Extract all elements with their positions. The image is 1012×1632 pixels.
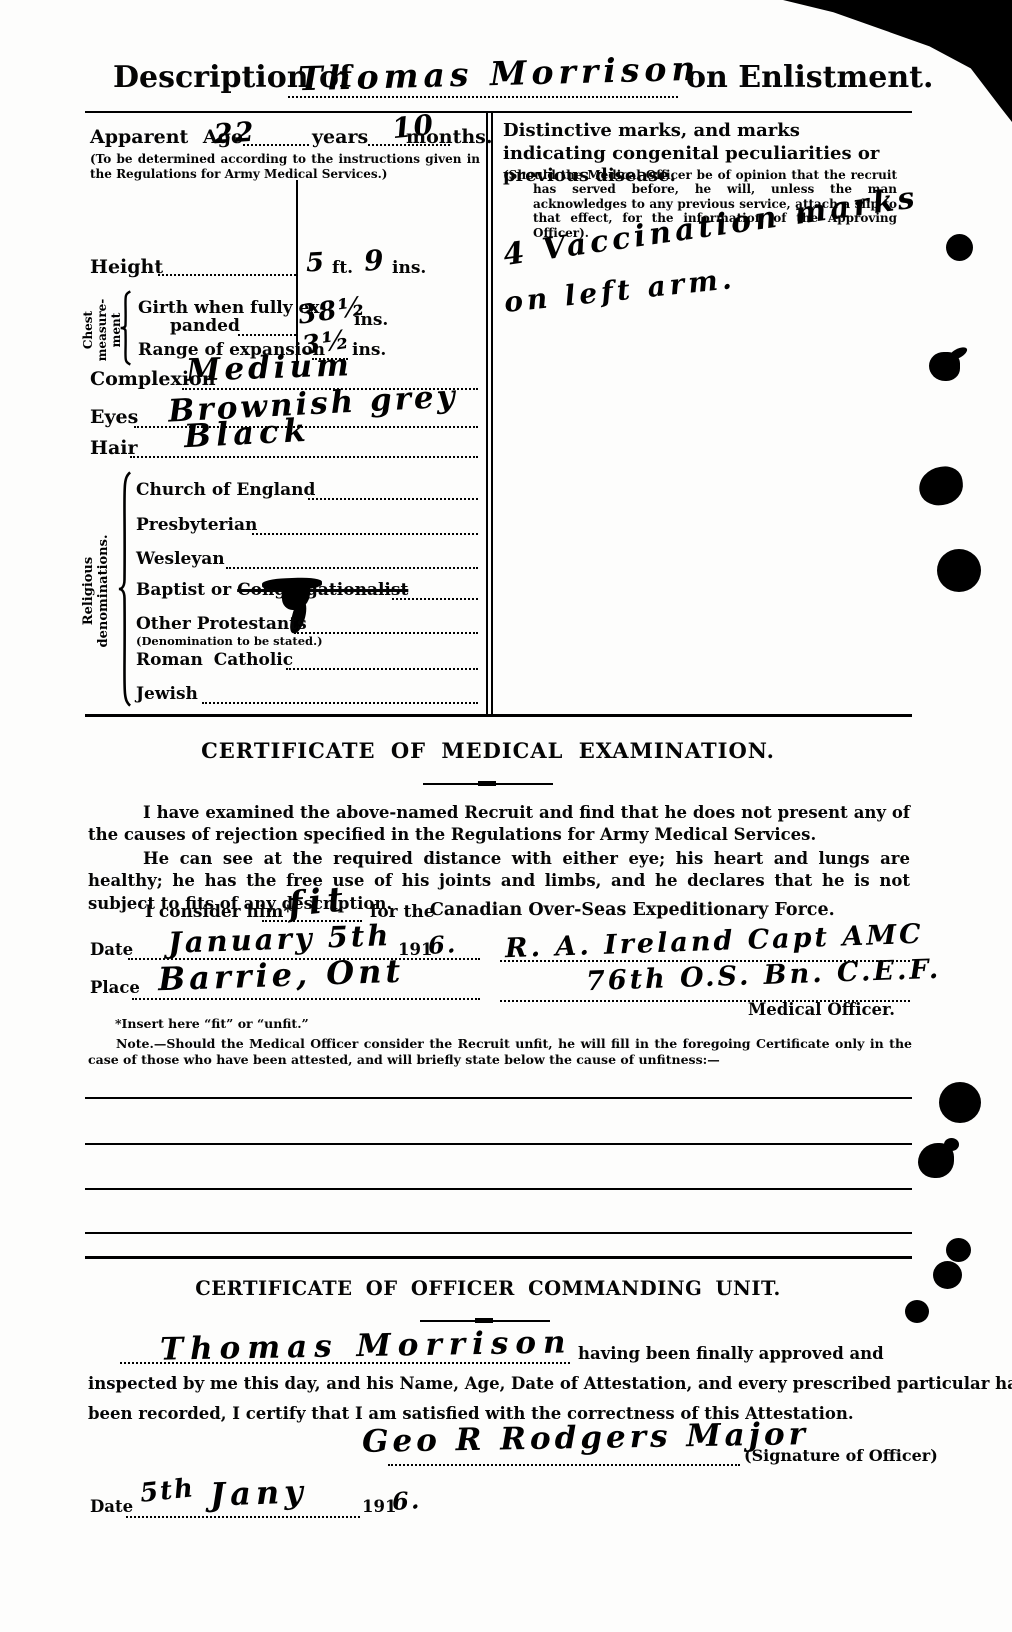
ink-blot [939, 1082, 981, 1123]
medical-year-written: 6. [427, 929, 458, 960]
consider-force: Canadian Over-Seas Expeditionary Force. [430, 900, 835, 920]
girth-label-line2: panded [170, 316, 240, 336]
dotted-line [392, 582, 478, 600]
section-rule [85, 1256, 912, 1259]
ink-blot [917, 464, 966, 508]
value-column-line [296, 180, 298, 362]
girth-units: ins. [354, 310, 388, 330]
medical-officer-label: Medical Officer. [748, 1000, 895, 1019]
column-divider-line [491, 112, 493, 716]
commanding-line1-suffix: having been finally approved and [578, 1344, 884, 1363]
height-label: Height [90, 256, 163, 278]
blank-line [85, 1097, 912, 1099]
months-label: months. [406, 126, 493, 148]
commanding-year-written: 6. [391, 1485, 422, 1516]
commanding-cert-title: CERTIFICATE OF OFFICER COMMANDING UNIT. [85, 1277, 891, 1300]
dotted-line [238, 318, 296, 336]
religion-presbyterian: Presbyterian [136, 515, 257, 535]
insert-fit-note: *Insert here “fit” or “unfit.” [115, 1016, 309, 1031]
dotted-line [294, 616, 478, 634]
religion-baptist-prefix: Baptist or [136, 580, 237, 600]
blank-line [85, 1143, 912, 1145]
religion-side-label: Religious denominations. [82, 528, 120, 654]
height-inches-value: 9 [363, 243, 387, 277]
top-rule [85, 111, 912, 113]
ink-blot [946, 234, 973, 261]
title-divider-center [475, 1318, 493, 1323]
dotted-line [286, 652, 478, 670]
medical-date-label: Date [90, 940, 133, 959]
dotted-line [226, 551, 478, 569]
medical-note: Note.—Should the Medical Officer conside… [88, 1036, 912, 1069]
commanding-date-day: 5th [139, 1473, 197, 1509]
dotted-line [308, 482, 478, 500]
medical-para1: I have examined the above-named Recruit … [88, 802, 910, 847]
religion-jewish: Jewish [136, 684, 198, 704]
religion-roman-catholic: Roman Catholic [136, 650, 293, 670]
blank-line [85, 1232, 912, 1234]
range-units: ins. [352, 340, 386, 360]
height-ins-label: ins. [392, 258, 426, 278]
dotted-line [202, 686, 478, 704]
hair-value: Black [183, 411, 311, 456]
commanding-date-month: Jany [209, 1472, 308, 1513]
dotted-line [252, 517, 478, 535]
marks-handwritten-line2: on left arm. [503, 262, 737, 319]
years-label: years [312, 126, 368, 148]
ink-blot [905, 1300, 929, 1323]
ink-blot [937, 549, 981, 592]
chest-brace [119, 290, 132, 366]
apparent-age-note: (To be determined according to the instr… [90, 152, 480, 182]
page-title-suffix: on Enlistment. [686, 60, 933, 95]
ink-blot [933, 1261, 962, 1289]
height-ft-label: ft. [332, 258, 353, 278]
ink-blot [944, 1138, 959, 1151]
attestation-form-page: Description of Thomas Morrison on Enlist… [0, 0, 1012, 1632]
religion-church: Church of England [136, 480, 315, 500]
religion-wesleyan: Wesleyan [136, 549, 225, 569]
commanding-name-handwritten: Thomas Morrison [160, 1324, 573, 1367]
medical-cert-title: CERTIFICATE OF MEDICAL EXAMINATION. [85, 738, 891, 763]
height-feet-value: 5 [305, 247, 327, 278]
religion-brace [117, 470, 132, 708]
religion-other-note: (Denomination to be stated.) [136, 634, 323, 648]
blank-line [85, 1188, 912, 1190]
consider-fit-value: fit [286, 879, 351, 925]
complexion-value: Medium [185, 347, 353, 389]
title-divider-center [478, 781, 496, 786]
eyes-label: Eyes [90, 406, 138, 428]
dotted-line [158, 258, 296, 276]
panel-bottom-rule [85, 714, 912, 717]
commanding-signature: Geo R Rodgers Major [362, 1416, 810, 1460]
commanding-signature-label: (Signature of Officer) [744, 1446, 938, 1465]
religion-other-protestants: Other Protestants [136, 614, 307, 634]
commanding-line2: inspected by me this day, and his Name, … [88, 1374, 908, 1393]
column-divider-line [486, 112, 488, 716]
ink-blot [946, 1238, 971, 1262]
dotted-line [243, 128, 309, 146]
